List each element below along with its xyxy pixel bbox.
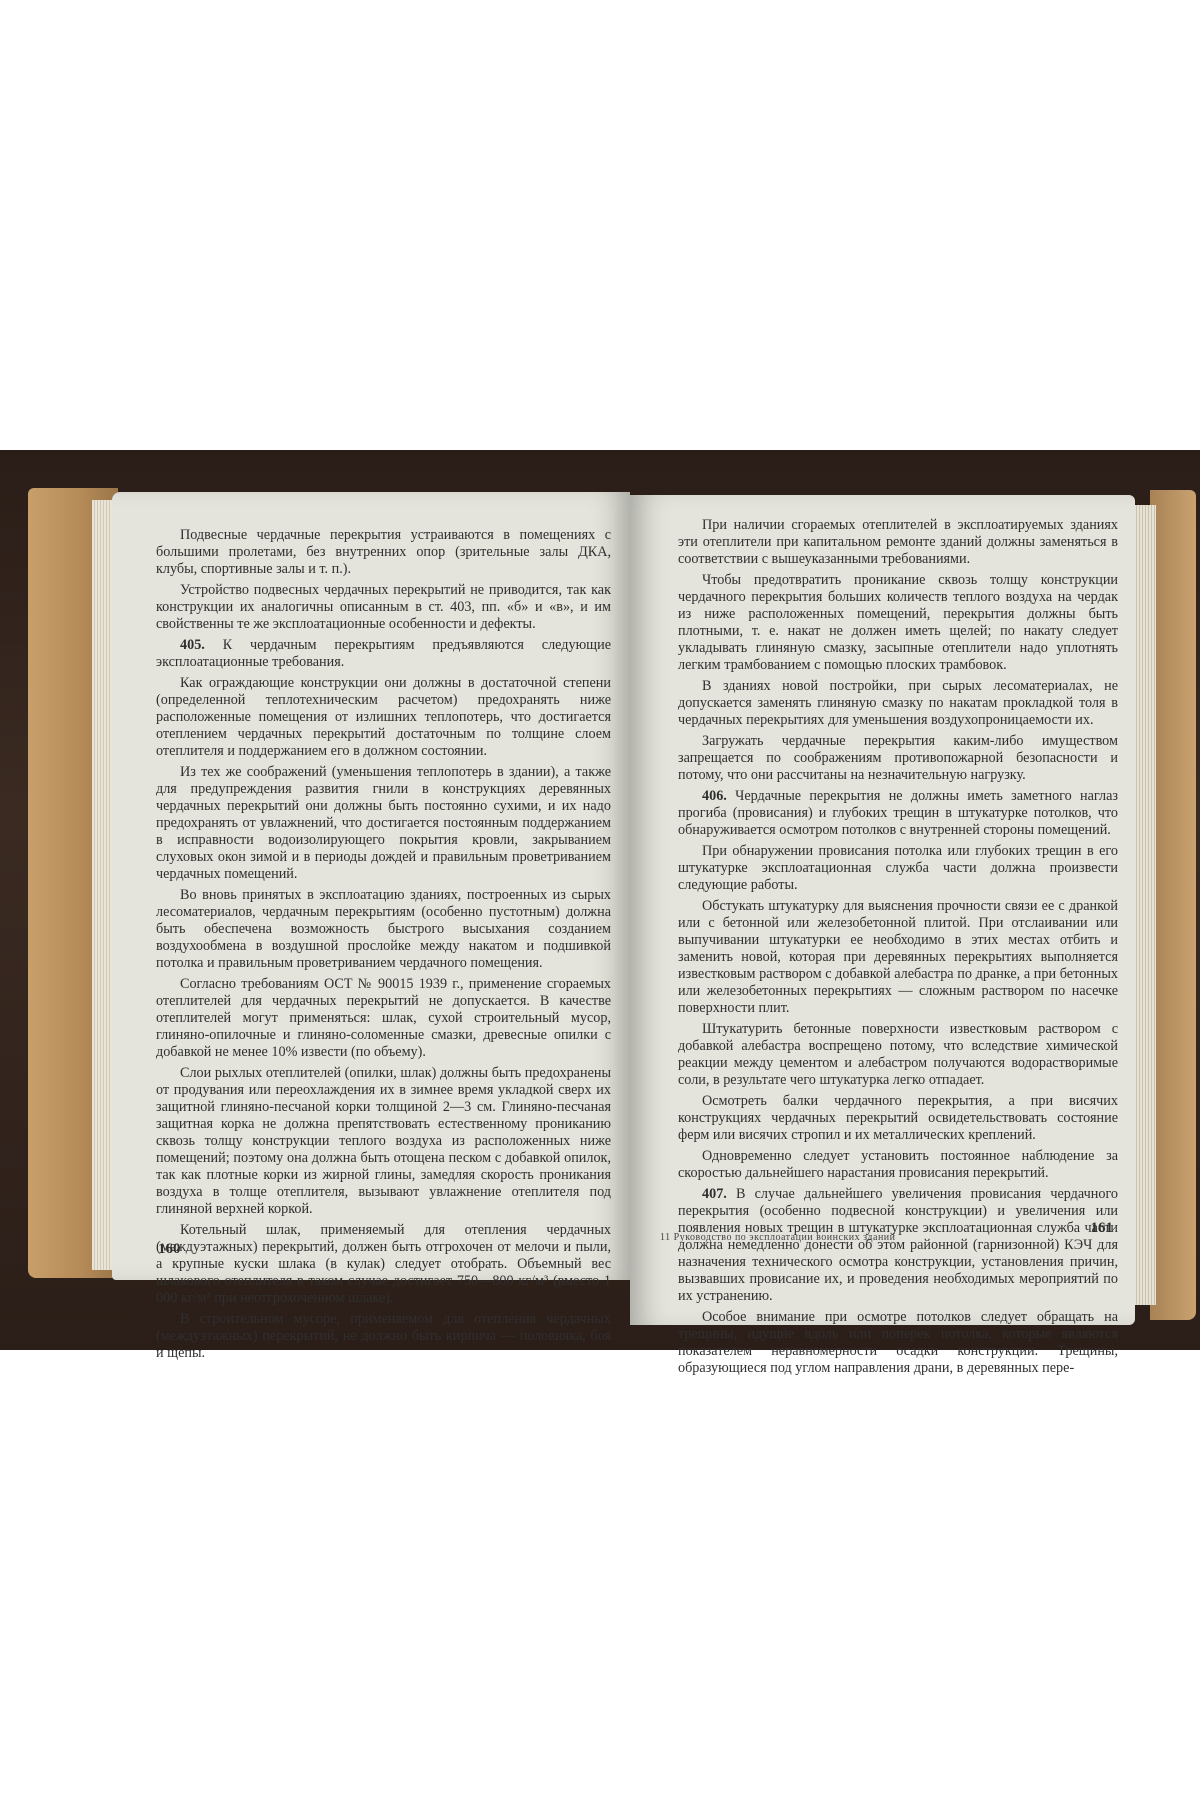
paragraph: Слои рыхлых отеплителей (опилки, шлак) д… — [156, 1065, 611, 1218]
book-cover-right — [1150, 490, 1196, 1320]
paragraph: Согласно требованиям ОСТ № 90015 1939 г.… — [156, 976, 611, 1061]
paragraph: В строительном мусоре, применяемом для о… — [156, 1311, 611, 1362]
left-page-text: Подвесные чердачные перекрытия устраиваю… — [156, 527, 611, 1366]
paragraph: Штукатурить бетонные поверхности известк… — [678, 1021, 1118, 1089]
section-number: 406. — [702, 788, 727, 804]
paragraph: Котельный шлак, применяемый для отеплени… — [156, 1222, 611, 1307]
paragraph: Во вновь принятых в эксплоатацию зданиях… — [156, 887, 611, 972]
page-number: 161 — [1091, 1220, 1114, 1237]
paragraph: Загружать чердачные перекрытия каким-либ… — [678, 733, 1118, 784]
right-page: При наличии сгораемых отеплителей в эксп… — [630, 495, 1135, 1325]
paragraph: Устройство подвесных чердачных перекрыти… — [156, 582, 611, 633]
paragraph: Обстукать штукатурку для выяснения прочн… — [678, 898, 1118, 1017]
paragraph: Осмотреть балки чердачного перекрытия, а… — [678, 1093, 1118, 1144]
paragraph: Особое внимание при осмотре потолков сле… — [678, 1309, 1118, 1377]
page-number: 160 — [158, 1241, 181, 1258]
right-page-text: При наличии сгораемых отеплителей в эксп… — [678, 517, 1118, 1381]
left-page: Подвесные чердачные перекрытия устраиваю… — [112, 492, 630, 1280]
paragraph: 407. В случае дальнейшего увеличения про… — [678, 1186, 1118, 1305]
paragraph: Из тех же соображений (уменьшения теплоп… — [156, 764, 611, 883]
paragraph: В зданиях новой постройки, при сырых лес… — [678, 678, 1118, 729]
paragraph: Чтобы предотвратить проникание сквозь то… — [678, 572, 1118, 674]
paragraph: При наличии сгораемых отеплителей в эксп… — [678, 517, 1118, 568]
section-number: 407. — [702, 1186, 727, 1202]
paragraph: Как ограждающие конструкции они должны в… — [156, 675, 611, 760]
paragraph: Подвесные чердачные перекрытия устраиваю… — [156, 527, 611, 578]
paragraph: 405. К чердачным перекрытиям предъявляют… — [156, 637, 611, 671]
paragraph: При обнаружении провисания потолка или г… — [678, 843, 1118, 894]
signature-line: 11 Руководство по эксплоатации воинских … — [660, 1232, 896, 1243]
paragraph: Одновременно следует установить постоянн… — [678, 1148, 1118, 1182]
section-number: 405. — [180, 637, 205, 653]
paragraph: 406. Чердачные перекрытия не должны имет… — [678, 788, 1118, 839]
